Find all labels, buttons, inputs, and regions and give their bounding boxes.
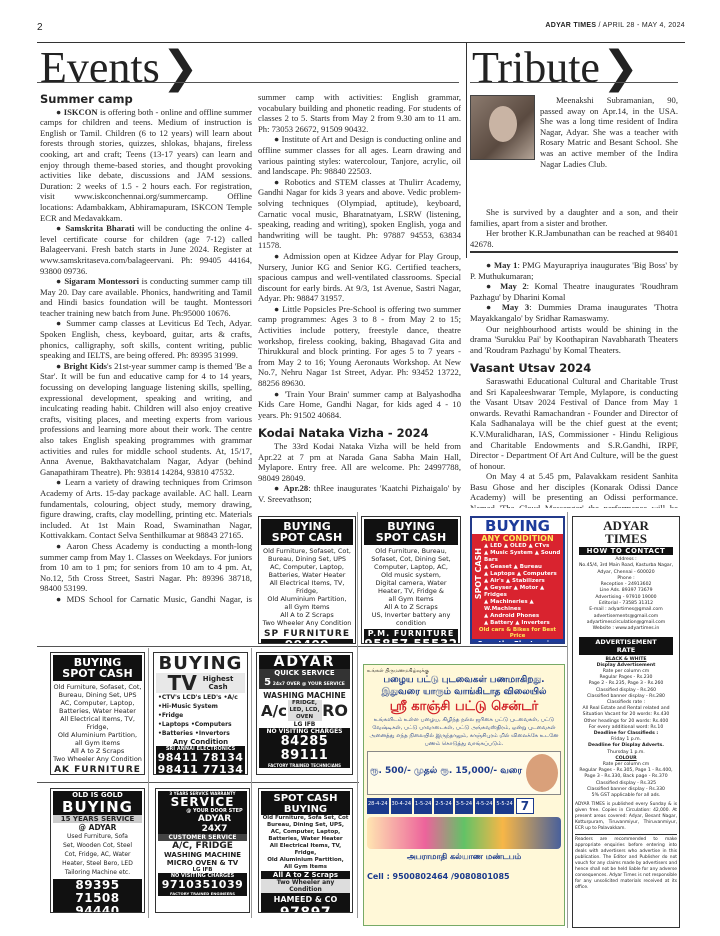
publication-note: ADYAR TIMES is published every Sunday & …: [575, 802, 677, 835]
ad-divider: [148, 648, 149, 918]
ad-footer: FACTORY TRAINED TECHNICIANS: [259, 763, 350, 768]
advertiser-name: AK FURNITURE: [53, 765, 142, 775]
ad-service: A/C, FRIDGE: [158, 841, 247, 851]
box-title: TIMES: [575, 532, 677, 545]
brand-logos: LG IFB: [259, 721, 350, 728]
tribute-text: Meenakshi Subramanian, 90, passed away o…: [540, 95, 678, 169]
ad-sweatha-electronics[interactable]: BUYING ANY CONDITION SPOT CASH ▲ LED ▲ O…: [470, 516, 565, 644]
tribute-rule: [470, 82, 678, 83]
vasant-paragraph: Saraswathi Educational Cultural and Char…: [470, 376, 678, 471]
tribute-paragraph: Meenakshi Subramanian, 90, passed away o…: [540, 95, 678, 169]
ad-scraps: All A to Z Scraps: [261, 871, 350, 879]
publication-name: ADYAR TIMES: [545, 22, 596, 29]
ad-subtitle: QUICK SERVICE: [259, 669, 350, 678]
events-section-title: Events❯: [40, 46, 199, 90]
ad-price: ரூ. 500/- முதல் ரூ. 15,000/- வரை: [370, 754, 526, 792]
event-item: ● ISKCON is offering both - online and o…: [40, 107, 252, 224]
model-photo: [526, 754, 558, 792]
kodai-item: ● Apr.28: thRee inaugurates 'Kaatchi Piz…: [258, 483, 461, 504]
ad-tv-buying[interactable]: BUYING TV HighestCash •CTV's LCD's LED's…: [153, 652, 248, 775]
ad-phone: 95857 5553290421 51032: [364, 638, 458, 644]
vasant-paragraph: On May 4 at 5.45 pm, Palavakkam resident…: [470, 471, 678, 508]
event-item: ● Sigaram Montessori is conducting summe…: [40, 276, 252, 318]
ad-cs: CUSTOMER SERVICE: [158, 834, 247, 841]
ad-divider: [567, 512, 568, 928]
ad-phone: 89395 7150894440 72166: [53, 879, 142, 913]
ad-ak-furniture[interactable]: BUYINGSPOT CASH Old Furniture, Sofaset, …: [50, 652, 145, 775]
ad-divider: [251, 648, 252, 918]
ad-phone: 84285 89111: [259, 735, 350, 763]
ad-title: SPOT CASH: [53, 668, 142, 679]
events-title-text: Events: [40, 43, 160, 92]
how-to-contact-banner: HOW TO CONTACT: [579, 547, 673, 555]
ad-quick-service[interactable]: ADYAR QUICK SERVICE 5 24x7 OVER @ YOUR S…: [256, 652, 353, 775]
ad-kanchi-silk-center[interactable]: உங்கள் திருமணமகிழ்வுக்கு பழைய பட்டு புடவ…: [363, 664, 565, 926]
ad-title: BUYING: [472, 518, 563, 534]
ad-years: 15 YEARS SERVICE: [53, 815, 142, 823]
summer-camp-heading: Summer camp: [40, 94, 252, 105]
ad-title: BUYING: [53, 799, 142, 815]
ad-title: BUYING: [261, 804, 350, 815]
vasant-heading: Vasant Utsav 2024: [470, 363, 678, 374]
ad-side-label: SPOT CASH: [474, 548, 484, 599]
ad-rule: [37, 782, 359, 783]
ad-old-is-gold[interactable]: OLD IS GOLD BUYING 15 YEARS SERVICE @ AD…: [50, 788, 145, 913]
advertiser-name: ஸ்ரீ காஞ்சி பட்டு சென்டர்: [367, 698, 561, 716]
ad-subtitle: ANY CONDITION: [472, 534, 563, 543]
kodai-intro: The 33rd Kodai Nataka Vizha will be held…: [258, 441, 461, 483]
days-count: 7: [516, 798, 534, 814]
ad-service: WASHING MACHINE: [259, 691, 350, 700]
tv-label: TV: [168, 673, 197, 693]
contact-rates-box: ADYAR TIMES HOW TO CONTACT Address :No.4…: [572, 516, 680, 928]
ad-condition: Any Condition: [156, 738, 245, 746]
event-item: ● Aaron Chess Academy is conducting a mo…: [40, 541, 252, 594]
ad-location: ADYAR: [158, 814, 247, 824]
event-item-continued: summer camp with activities: English gra…: [258, 92, 461, 134]
ad-offer: Old cars & Bikes for Best Price: [472, 627, 563, 639]
tribute-paragraph: Her brother K.R.Jambunathan can be reach…: [470, 228, 678, 249]
events-column-2: summer camp with activities: English gra…: [258, 92, 461, 504]
ad-headline: இதுவரை யாரும் வாங்கிடாத விலையில்: [367, 686, 561, 698]
event-item: ● Learn a variety of drawing techniques …: [40, 477, 252, 541]
ad-two-wheeler: Two Wheeler any Condition: [261, 879, 350, 893]
ad-title: ADYAR: [259, 655, 350, 669]
event-item: ● Robotics and STEM classes at Thulirr A…: [258, 177, 461, 251]
event-item: ● MDS School for Carnatic Music, Gandhi …: [40, 594, 252, 606]
ad-service: WASHING MACHINE: [158, 851, 247, 859]
tribute-section-title: Tribute❯: [472, 46, 639, 90]
ad-service: MICRO OVEN & TV: [158, 859, 247, 867]
ad-rule: [37, 646, 567, 647]
column-divider: [466, 42, 467, 258]
event-item: ● Bright Kids's 21st-year summer camp is…: [40, 361, 252, 478]
event-item: ● Summer camp classes at Leviticus Ed Te…: [40, 318, 252, 360]
ad-phone: 97897 85850: [261, 904, 350, 913]
ad-title: SPOT CASH: [364, 532, 458, 543]
disclaimer: Readers are recommended to make appropri…: [575, 837, 677, 891]
ad-location: @ ADYAR: [53, 823, 142, 832]
event-item: ● Institute of Art and Design is conduct…: [258, 134, 461, 176]
ad-hours: 24X7: [158, 824, 247, 834]
ad-sp-furniture[interactable]: BUYINGSPOT CASH Old Furniture, Sofaset, …: [258, 516, 356, 644]
events-column-1: Summer camp ● ISKCON is offering both - …: [40, 86, 252, 606]
sarees-image: [367, 817, 561, 849]
tribute-photo: [470, 95, 535, 160]
event-item: ● Admission open at Kidzee Adyar for Pla…: [258, 251, 461, 304]
kodai-heading: Kodai Nataka Vizha - 2024: [258, 428, 461, 439]
portrait: [489, 106, 517, 142]
ad-body: உங்களிடம் உள்ள பழைய, கிழிந்த நல்ல ஜரிகை …: [367, 716, 561, 748]
ad-venue: அபராமாதி கல்யாண மண்டபம்: [367, 852, 561, 862]
event-item: ● 'Train Your Brain' summer camp at Baly…: [258, 389, 461, 421]
ad-title: SPOT CASH: [261, 532, 353, 543]
right-column: ● May 1: PMG Mayurapriya inaugurates 'Bi…: [470, 260, 678, 508]
events-rule: [37, 82, 459, 83]
ad-phone: 99409 0731096264 81666: [261, 639, 353, 644]
page-number: 2: [37, 22, 43, 33]
tribute-text-2: She is survived by a daughter and a son,…: [470, 207, 678, 249]
masthead: ADYAR TIMES / APRIL 28 - MAY 4, 2024: [545, 22, 685, 29]
ad-phone: 9710351039: [158, 879, 247, 891]
chevron-right-icon: ❯: [602, 42, 639, 93]
may-item: ● May 3: Dummies Drama inaugurates 'Thot…: [470, 302, 678, 323]
may-item: ● May 1: PMG Mayurapriya inaugurates 'Bi…: [470, 260, 678, 281]
event-item: ● Little Popsicles Pre-School is offerin…: [258, 304, 461, 389]
neighbourhood-note: Our neighbourhood artists would be shini…: [470, 324, 678, 356]
ad-phone: Cell : 9500802464 /9080801085: [367, 872, 561, 881]
ad-footer: FACTORY TRAINED ENGINEERS: [158, 891, 247, 896]
may-item: ● May 2: Komal Theatre inaugurates 'Roud…: [470, 281, 678, 302]
event-item: ● Samskrita Bharati will be conducting t…: [40, 223, 252, 276]
ad-rate-banner: ADVERTISEMENT RATE: [579, 637, 673, 655]
ad-phone: 98411 7813498411 77134: [156, 752, 245, 775]
tribute-paragraph: She is survived by a daughter and a son,…: [470, 207, 678, 228]
ad-pm-furniture[interactable]: BUYINGSPOT CASH Old Furniture, Bureau,So…: [361, 516, 461, 644]
issue-date: / APRIL 28 - MAY 4, 2024: [599, 22, 685, 29]
ad-headline: பழைய பட்டு புடவைகள் பணமாகிறது.: [367, 674, 561, 686]
ad-hameed-co[interactable]: SPOT CASH BUYING Old Furniture, Sofa Set…: [258, 788, 353, 913]
ad-title: SPOT CASH: [261, 791, 350, 804]
tribute-title-text: Tribute: [472, 43, 600, 92]
advertiser-name: Sweatha Electronics: [472, 639, 563, 644]
ad-divider: [357, 512, 358, 918]
advertiser-name: HAMEED & CO: [261, 893, 350, 904]
ad-title: SERVICE: [158, 796, 247, 808]
ad-service-24x7[interactable]: 3 YEARS SERVICE WARRANTY SERVICE @ YOUR …: [155, 788, 250, 913]
